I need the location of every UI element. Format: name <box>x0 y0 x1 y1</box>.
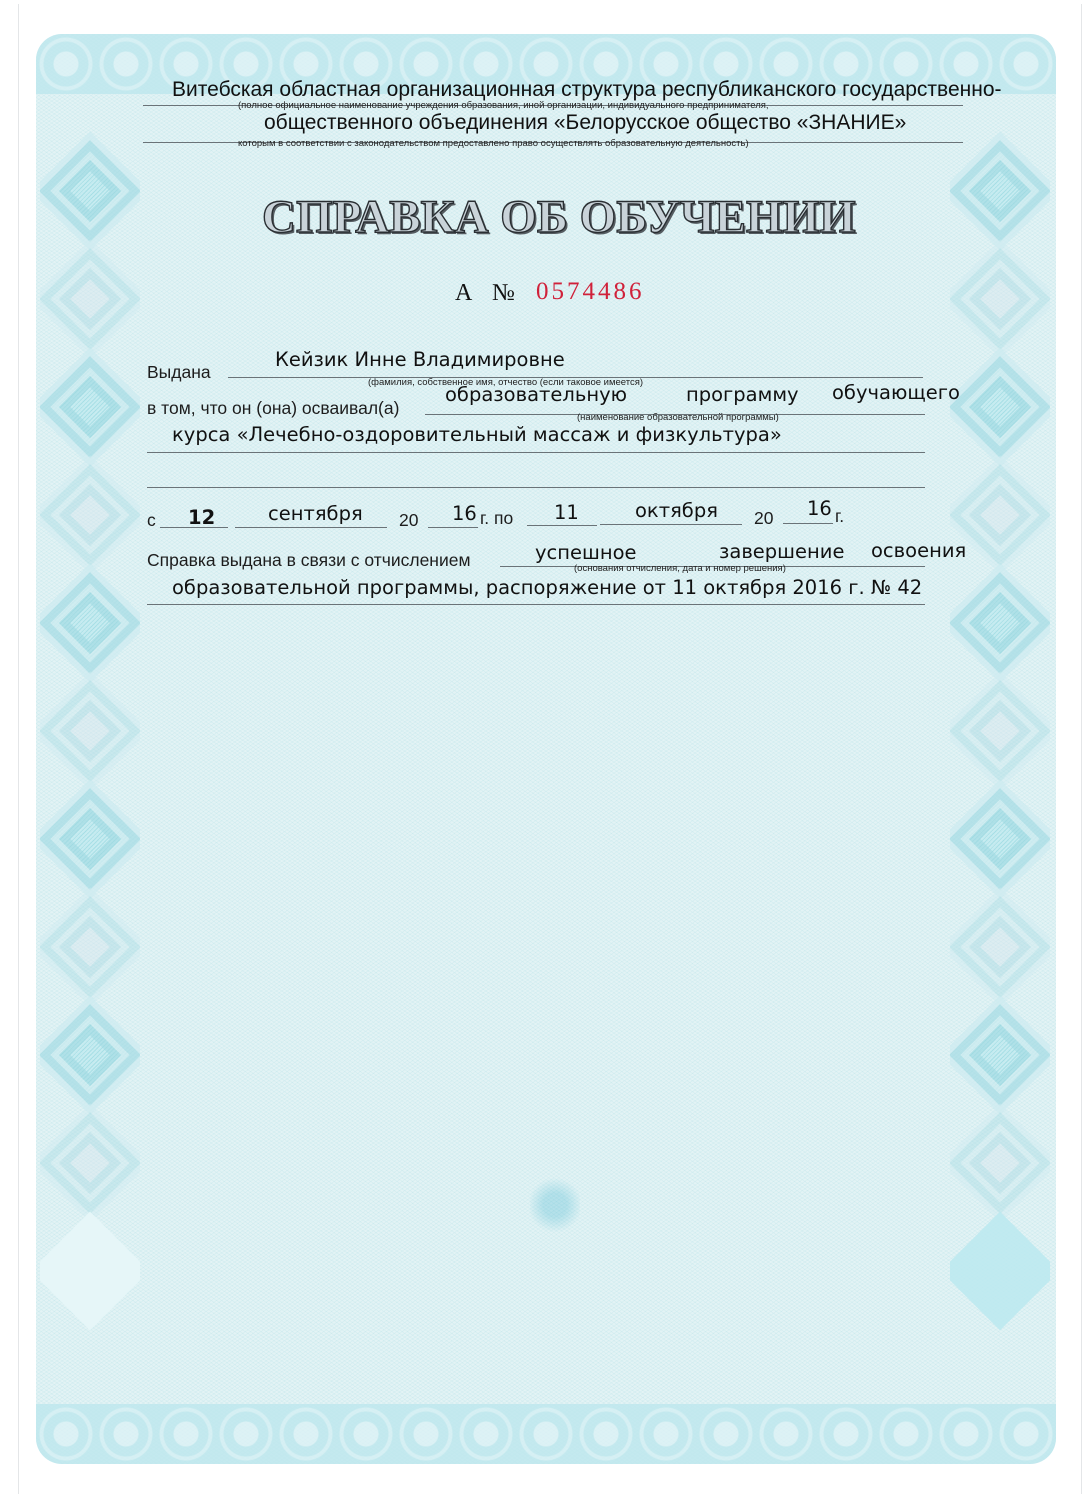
period-to-day-rule <box>527 525 597 526</box>
issued-to-value: Кейзик Инне Владимировне <box>275 348 565 371</box>
period-from-day: 12 <box>188 506 215 529</box>
period-to-month: октября <box>635 499 718 522</box>
program-word-2: программу <box>686 383 799 406</box>
document-title: СПРАВКА ОБ ОБУЧЕНИИ <box>262 190 856 244</box>
reason-word-1: успешное <box>535 541 637 564</box>
program-word-3: обучающего <box>832 381 960 404</box>
program-label: в том, что он (она) осваивал(а) <box>147 398 399 419</box>
document-content: Витебская областная организационная стру… <box>0 0 1091 1500</box>
organization-hint-2: которым в соответствии с законодательств… <box>238 138 749 149</box>
period-century-1: 20 <box>399 510 418 531</box>
organization-name-line-1: Витебская областная организационная стру… <box>172 78 1002 102</box>
reason-rule-2 <box>147 604 925 605</box>
document-series: А <box>455 280 472 307</box>
program-word-1: образовательную <box>445 383 627 406</box>
period-to-year-rule <box>783 523 833 524</box>
period-to-year: 16 <box>807 497 832 520</box>
organization-name-line-2: общественного объединения «Белорусское о… <box>264 111 906 135</box>
reason-word-3: освоения <box>871 539 966 562</box>
number-sign: № <box>492 280 515 307</box>
period-to-month-rule <box>600 524 742 525</box>
issued-to-label: Выдана <box>147 362 211 383</box>
program-hint: (наименование образовательной программы) <box>577 412 779 423</box>
organization-hint-1: (полное официальное наименование учрежде… <box>238 100 769 111</box>
period-suffix: г. <box>835 506 844 527</box>
reason-line-2: образовательной программы, распоряжение … <box>172 576 922 599</box>
reason-label: Справка выдана в связи с отчислением <box>147 550 471 571</box>
period-from-month: сентября <box>268 502 363 525</box>
reason-word-2: завершение <box>719 540 844 563</box>
period-century-2: 20 <box>754 508 773 529</box>
period-from-year: 16 <box>452 502 477 525</box>
program-rule-3 <box>147 487 925 488</box>
program-rule-2 <box>147 452 925 453</box>
program-name-line-2: курса «Лечебно-оздоровительный массаж и … <box>172 423 782 446</box>
period-from-prefix: с <box>147 510 156 531</box>
period-to-prefix: г. по <box>480 508 513 529</box>
period-from-month-rule <box>235 527 387 528</box>
period-from-year-rule <box>428 527 478 528</box>
period-to-day: 11 <box>554 501 579 524</box>
period-from-day-rule <box>160 527 228 528</box>
document-serial-number: 0574486 <box>536 278 645 306</box>
reason-hint: (основания отчисления, дата и номер реше… <box>574 563 786 574</box>
